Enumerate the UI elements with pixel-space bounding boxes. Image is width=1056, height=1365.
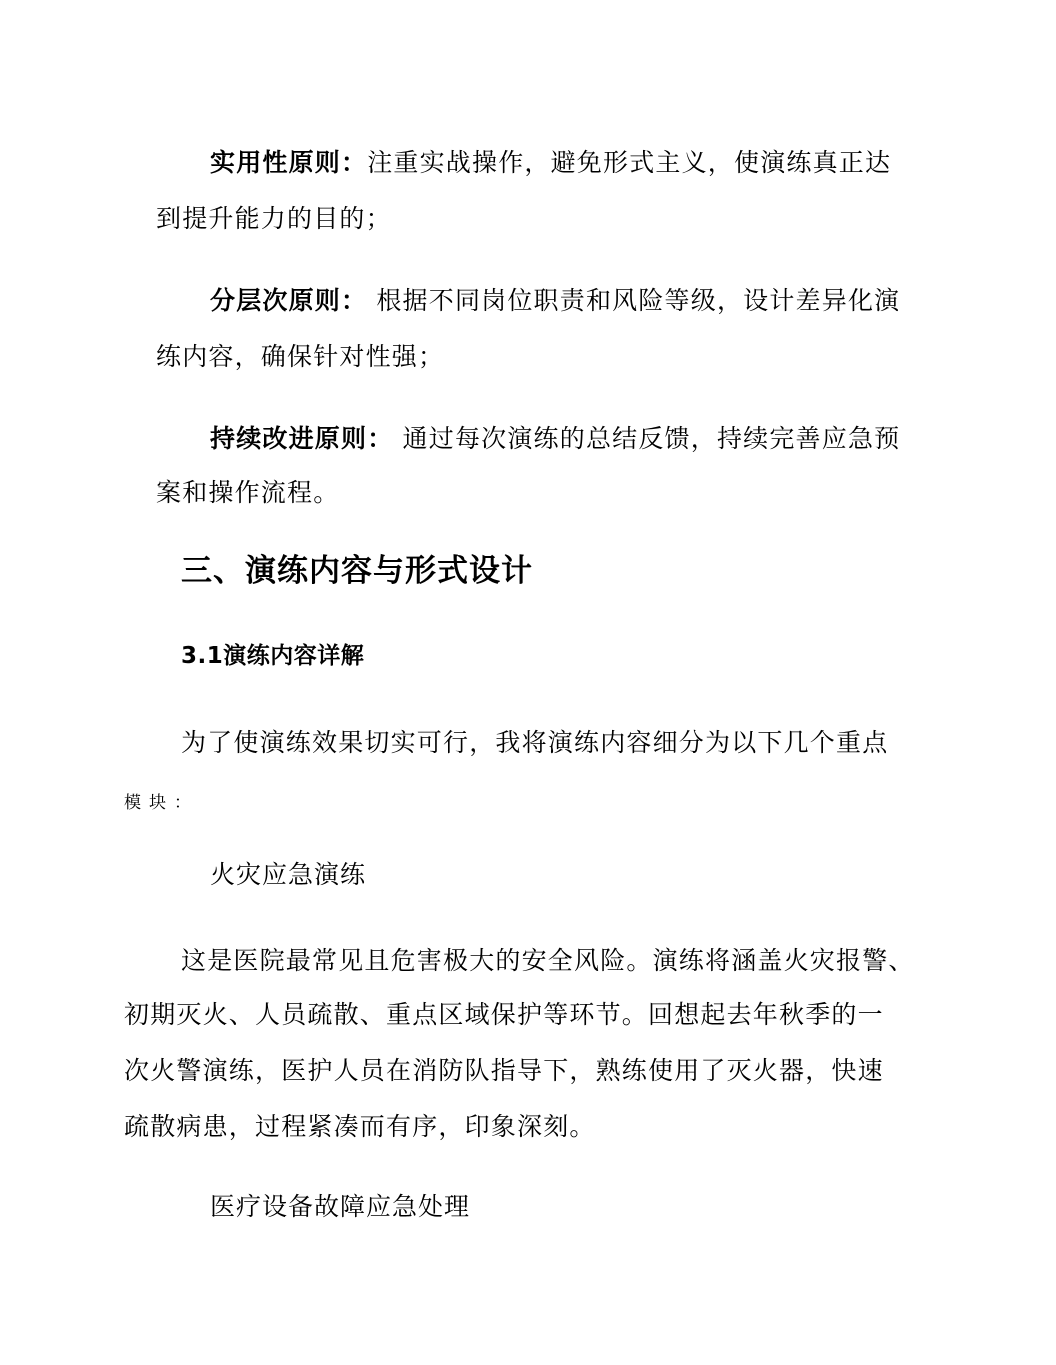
section-heading: 三、演练内容与形式设计	[181, 552, 533, 590]
principle-label: 持续改进原则：	[210, 424, 393, 453]
module-title-fire-drill: 火灾应急演练	[210, 860, 366, 890]
principle-practicality: 实用性原则：注重实战操作，避免形式主义，使演练真正达	[210, 148, 891, 178]
principle-text-continued: 练内容，确保针对性强；	[156, 342, 444, 372]
module-body-line: 这是医院最常见且危害极大的安全风险。演练将涵盖火灾报警、	[181, 946, 915, 976]
principle-text-continued: 案和操作流程。	[156, 478, 339, 508]
principle-hierarchy: 分层次原则： 根据不同岗位职责和风险等级，设计差异化演	[210, 286, 900, 316]
principle-text: 根据不同岗位职责和风险等级，设计差异化演	[367, 286, 900, 315]
intro-paragraph-line: 模块：	[124, 788, 199, 818]
principle-text: 注重实战操作，避免形式主义，使演练真正达	[367, 148, 891, 177]
principle-continuous-improvement: 持续改进原则： 通过每次演练的总结反馈，持续完善应急预	[210, 424, 900, 454]
principle-text: 通过每次演练的总结反馈，持续完善应急预	[393, 424, 900, 453]
intro-paragraph-line: 为了使演练效果切实可行，我将演练内容细分为以下几个重点	[181, 728, 888, 758]
principle-text-continued: 到提升能力的目的；	[156, 204, 392, 234]
module-title-equipment-failure: 医疗设备故障应急处理	[210, 1192, 470, 1222]
principle-label: 实用性原则：	[210, 148, 367, 177]
subsection-heading: 3.1演练内容详解	[181, 642, 364, 670]
module-body-line: 疏散病患，过程紧凑而有序，印象深刻。	[124, 1112, 596, 1142]
module-body-line: 初期灭火、人员疏散、重点区域保护等环节。回想起去年秋季的一	[124, 1000, 884, 1030]
principle-label: 分层次原则：	[210, 286, 367, 315]
document-page: 实用性原则：注重实战操作，避免形式主义，使演练真正达 到提升能力的目的； 分层次…	[0, 0, 1056, 1365]
module-body-line: 次火警演练，医护人员在消防队指导下，熟练使用了灭火器，快速	[124, 1056, 884, 1086]
